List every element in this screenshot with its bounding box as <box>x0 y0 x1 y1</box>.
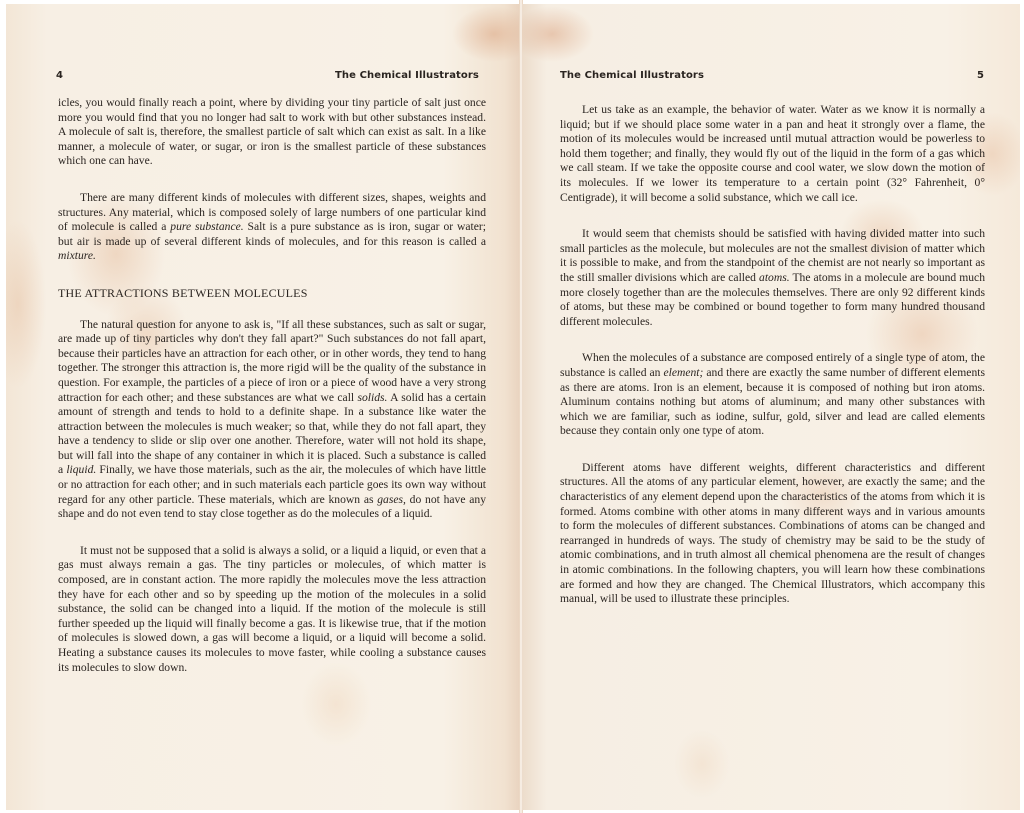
paragraph: It would seem that chemists should be sa… <box>560 227 985 329</box>
emphasis-term: liquid. <box>66 463 96 476</box>
left-page: 4 The Chemical Illustrators icles, you w… <box>6 4 520 810</box>
emphasis-term: mixture. <box>58 249 96 262</box>
emphasis-term: pure substance. <box>170 220 243 233</box>
emphasis-term: atoms. <box>759 271 790 284</box>
page-number: 4 <box>56 70 63 81</box>
running-head: The Chemical Illustrators <box>335 70 479 81</box>
paragraph: icles, you would finally reach a point, … <box>58 96 486 169</box>
paragraph: Let us take as an example, the behavior … <box>560 103 985 205</box>
emphasis-term: gases, <box>377 493 406 506</box>
paragraph: The natural question for anyone to ask i… <box>58 318 486 522</box>
book-spread: 4 The Chemical Illustrators icles, you w… <box>0 0 1024 813</box>
body-text: icles, you would finally reach a point, … <box>58 96 486 675</box>
paragraph: It must not be supposed that a solid is … <box>58 544 486 675</box>
paragraph: When the molecules of a substance are co… <box>560 351 985 439</box>
right-page: The Chemical Illustrators 5 Let us take … <box>522 4 1020 810</box>
section-heading: THE ATTRACTIONS BETWEEN MOLECULES <box>58 286 486 301</box>
page-number: 5 <box>977 70 984 81</box>
body-text: Let us take as an example, the behavior … <box>560 103 985 607</box>
running-head: The Chemical Illustrators <box>560 70 704 81</box>
emphasis-term: element; <box>663 366 703 379</box>
emphasis-term: solids. <box>358 391 388 404</box>
paragraph: There are many different kinds of molecu… <box>58 191 486 264</box>
paragraph: Different atoms have different weights, … <box>560 461 985 607</box>
